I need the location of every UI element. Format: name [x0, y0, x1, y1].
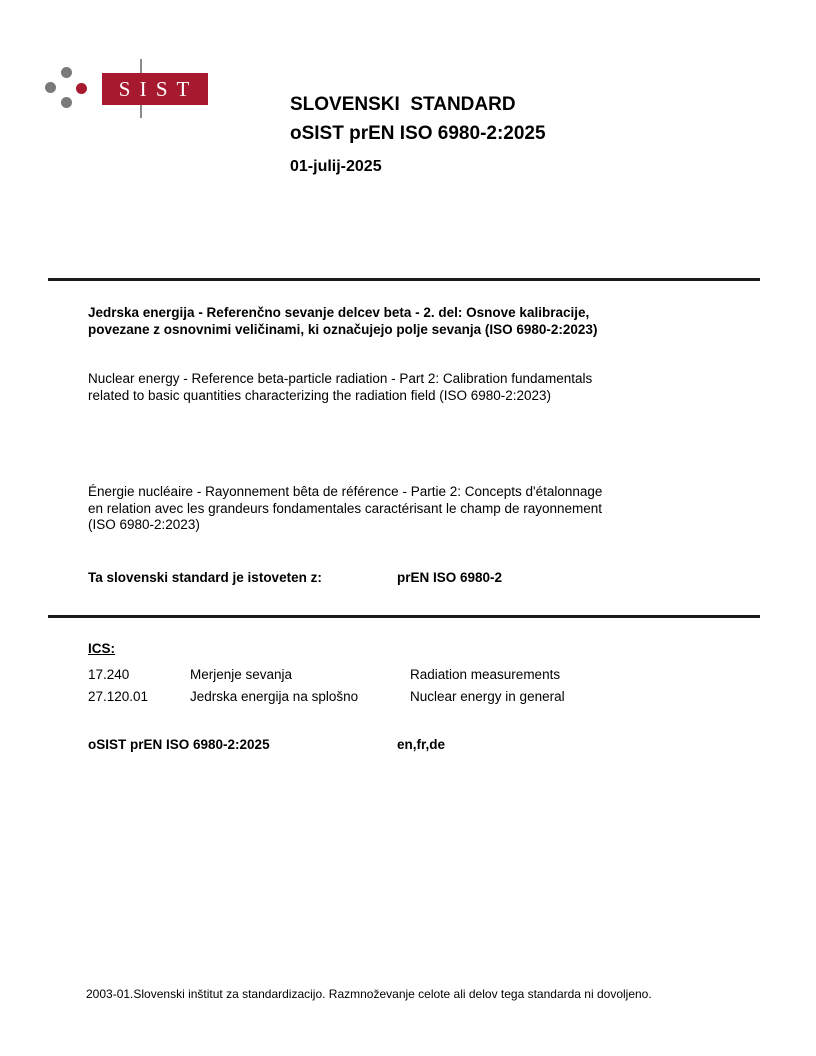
horizontal-rule-bottom: [48, 615, 760, 618]
ics-code: 27.120.01: [88, 689, 148, 704]
title-english: Nuclear energy - Reference beta-particle…: [88, 371, 768, 404]
ics-title-en: Nuclear energy in general: [410, 689, 565, 704]
reference-code: oSIST prEN ISO 6980-2:2025: [88, 737, 270, 752]
header-slovenski-standard: SLOVENSKI STANDARD: [290, 94, 516, 116]
reference-languages: en,fr,de: [397, 737, 445, 752]
document-page: S I S T SLOVENSKI STANDARD oSIST prEN IS…: [0, 0, 816, 1056]
logo-dot-top-icon: [61, 67, 72, 78]
sist-logo-wordmark: S I S T: [102, 73, 208, 105]
title-french: Énergie nucléaire - Rayonnement bêta de …: [88, 484, 768, 534]
logo-dot-bottom-icon: [61, 97, 72, 108]
horizontal-rule-top: [48, 278, 760, 281]
header-standard-reference: oSIST prEN ISO 6980-2:2025: [290, 123, 546, 145]
equivalence-value: prEN ISO 6980-2: [397, 570, 502, 585]
ics-code: 17.240: [88, 667, 129, 682]
ics-heading: ICS:: [88, 641, 115, 656]
ics-title-sl: Merjenje sevanja: [190, 667, 292, 682]
ics-title-en: Radiation measurements: [410, 667, 560, 682]
equivalence-label: Ta slovenski standard je istoveten z:: [88, 570, 322, 585]
title-slovenian: Jedrska energija - Referenčno sevanje de…: [88, 305, 768, 338]
copyright-notice: 2003-01.Slovenski inštitut za standardiz…: [86, 987, 786, 1002]
logo-dot-red-icon: [76, 83, 87, 94]
ics-title-sl: Jedrska energija na splošno: [190, 689, 358, 704]
logo-dot-left-icon: [45, 82, 56, 93]
header-date: 01-julij-2025: [290, 158, 382, 176]
